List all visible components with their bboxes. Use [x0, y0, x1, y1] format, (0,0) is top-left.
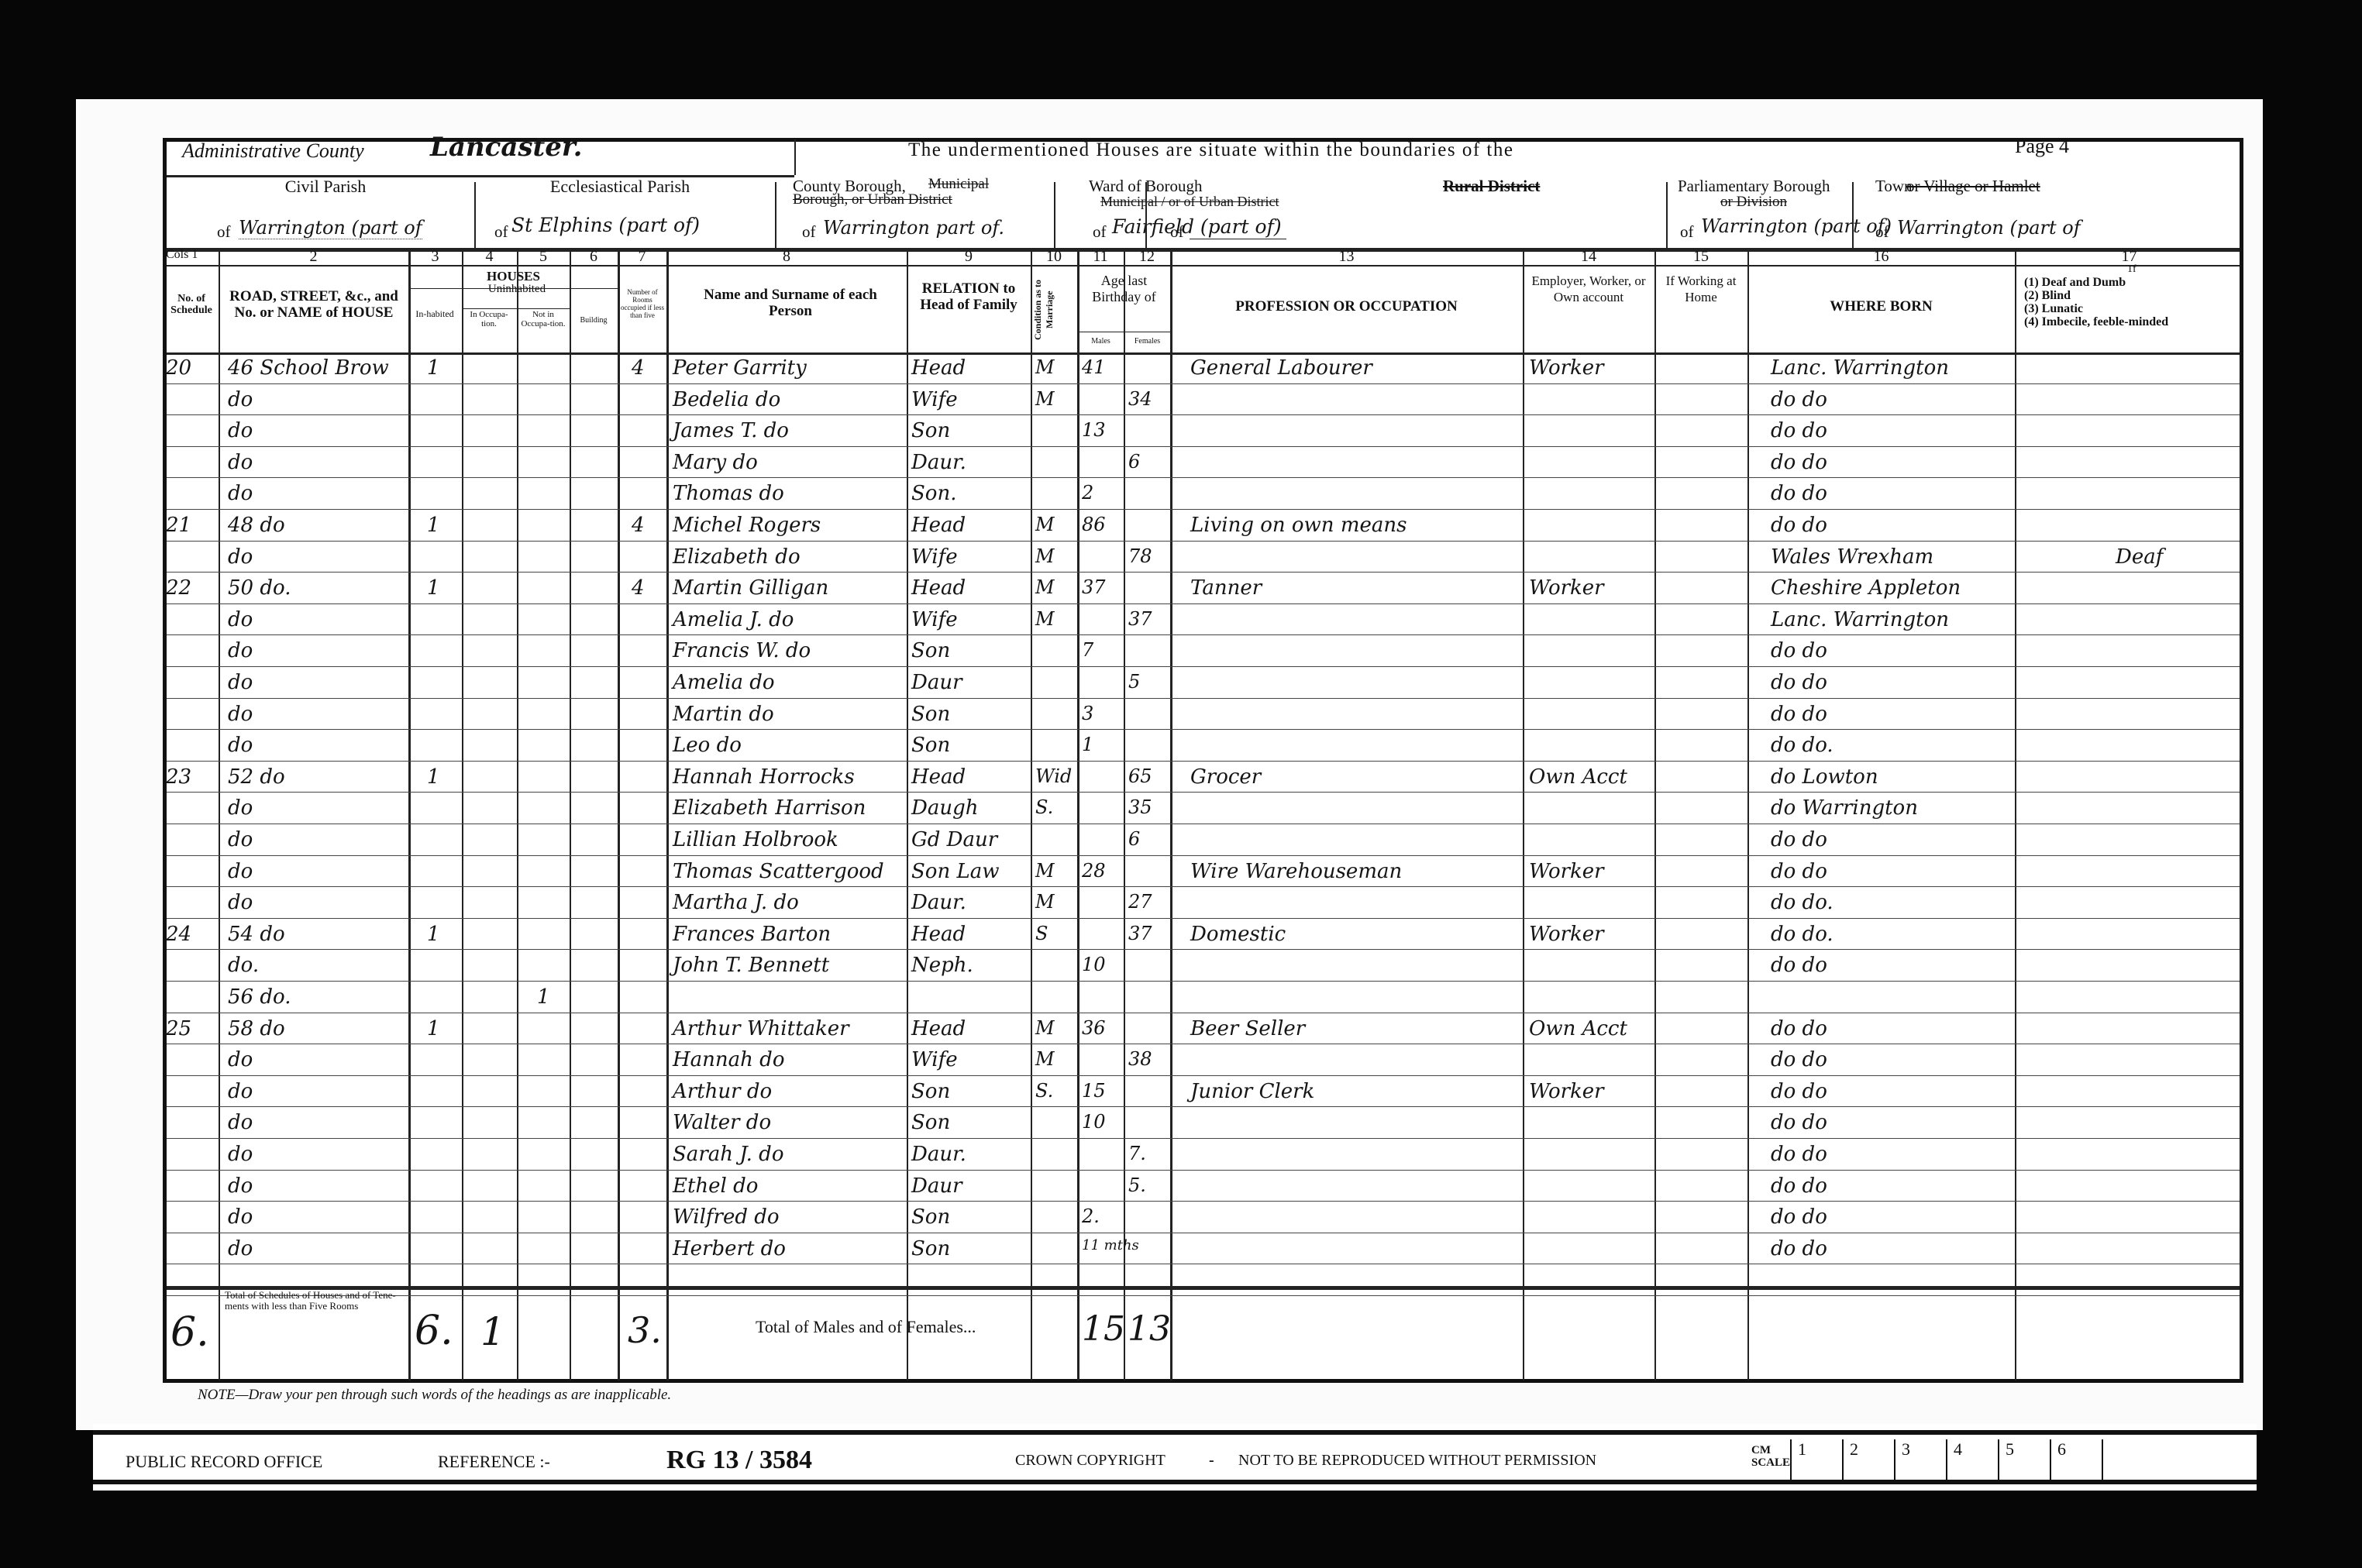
road-cell: do [228, 1048, 253, 1071]
occupation-cell: Junior Clerk [1190, 1080, 1314, 1103]
header-building: Building [571, 315, 616, 326]
employer-cell: Worker [1529, 356, 1604, 380]
road-cell: do [228, 1174, 253, 1198]
inhabited-cell: 1 [427, 923, 440, 946]
road-cell: do [228, 860, 253, 883]
where-born-cell: Cheshire Appleton [1771, 576, 1961, 600]
relation-cell: Wife [911, 608, 958, 631]
rooms-cell: 4 [632, 514, 645, 537]
males-age-cell: 7 [1082, 639, 1093, 661]
where-born-cell: do Warrington [1771, 796, 1918, 820]
divider [167, 1286, 2240, 1290]
parliamentary-struck: or Division [1720, 194, 1787, 211]
name-cell: Hannah do [673, 1048, 784, 1071]
row-line [167, 761, 2240, 762]
relation-cell: Head [911, 514, 966, 537]
relation-cell: Son [911, 1237, 950, 1260]
scale-end [2102, 1439, 2110, 1481]
where-born-cell: do do [1771, 671, 1827, 694]
condition-cell: M [1035, 891, 1055, 913]
column-divider [1523, 248, 1524, 1381]
row-line [167, 855, 2240, 856]
males-age-cell: 10 [1082, 954, 1106, 975]
row-line [167, 729, 2240, 730]
occupation-cell: Grocer [1190, 765, 1261, 789]
column-number-15: 15 [1654, 248, 1747, 266]
row-line [167, 1075, 2240, 1076]
row-line [167, 1264, 2240, 1264]
name-cell: Amelia J. do [673, 608, 794, 631]
name-cell: Thomas Scattergood [673, 860, 884, 883]
relation-cell: Son [911, 734, 950, 757]
rural-district-blank [1190, 239, 1286, 239]
column-divider [219, 248, 220, 1381]
header-infirmity-num: 1f [2127, 263, 2136, 275]
civil-parish-value: Warrington (part of [239, 217, 422, 239]
schedule-cell: 20 [166, 356, 191, 380]
row-line [167, 886, 2240, 887]
condition-cell: M [1035, 514, 1055, 535]
relation-cell: Daur. [911, 1143, 966, 1166]
males-age-cell: 15 [1082, 1080, 1106, 1102]
road-cell: do [228, 1111, 253, 1134]
header-not-in-occupation: Not in Occupa-tion. [518, 310, 569, 328]
relation-cell: Son [911, 419, 950, 442]
note: NOTE—Draw your pen through such words of… [198, 1387, 671, 1404]
total-uninhabited: 1 [480, 1309, 505, 1354]
where-born-cell: do do [1771, 514, 1827, 537]
rural-district-of: of [1170, 222, 1184, 242]
infirmity-imbecile: (4) Imbecile, feeble-minded [2024, 315, 2168, 328]
name-cell: Peter Garrity [673, 356, 807, 380]
where-born-cell: do do [1771, 1048, 1827, 1071]
inhabited-cell: 1 [427, 1017, 440, 1040]
road-cell: do [228, 451, 253, 474]
name-cell: Walter do [673, 1111, 771, 1134]
schedule-cell: 23 [166, 765, 191, 789]
where-born-cell: do do [1771, 703, 1827, 726]
total-rooms: 3. [628, 1309, 662, 1351]
condition-cell: S. [1035, 796, 1053, 818]
relation-cell: Daur [911, 1174, 962, 1198]
road-cell: do [228, 1205, 253, 1229]
road-cell: do [228, 703, 253, 726]
females-age-cell: 65 [1128, 765, 1152, 787]
header-in-occupation: In Occupa-tion. [463, 310, 515, 328]
column-number-6: 6 [570, 248, 618, 266]
column-number-3: 3 [408, 248, 462, 266]
divider [408, 288, 618, 289]
relation-cell: Wife [911, 1048, 958, 1071]
divider [474, 182, 476, 248]
where-born-cell: do do [1771, 482, 1827, 505]
road-cell: do [228, 1080, 253, 1103]
row-line [167, 792, 2240, 793]
males-age-cell: 10 [1082, 1111, 1106, 1133]
column-number-14: 14 [1523, 248, 1654, 266]
road-cell: do [228, 734, 253, 757]
where-born-cell: do do [1771, 1237, 1827, 1260]
schedule-cell: 24 [166, 923, 191, 946]
name-cell: Thomas do [673, 482, 784, 505]
ecclesiastical-parish-value: St Elphins (part of) [511, 214, 700, 236]
column-divider [618, 248, 620, 1381]
occupation-cell: General Labourer [1190, 356, 1372, 380]
reference-label: REFERENCE :- [438, 1452, 550, 1472]
row-line [167, 666, 2240, 667]
road-cell: 58 do [228, 1017, 285, 1040]
divider [1054, 182, 1055, 248]
inhabited-cell: 1 [427, 576, 440, 600]
road-cell: 54 do [228, 923, 285, 946]
column-number-9: 9 [907, 248, 1031, 266]
road-cell: do [228, 796, 253, 820]
where-born-cell: do do [1771, 1174, 1827, 1198]
separator: - [1209, 1452, 1214, 1470]
road-cell: do [228, 482, 253, 505]
divider [167, 352, 2240, 355]
column-divider [1077, 248, 1079, 1381]
males-age-cell: 37 [1082, 576, 1106, 598]
infirmity-cell: Deaf [2116, 545, 2163, 569]
name-cell: Amelia do [673, 671, 775, 694]
females-age-cell: 6 [1128, 828, 1140, 850]
relation-cell: Daur. [911, 891, 966, 914]
relation-cell: Son [911, 703, 950, 726]
name-cell: Mary do [673, 451, 758, 474]
where-born-cell: do do [1771, 860, 1827, 883]
column-number-5: 5 [517, 248, 570, 266]
copyright-label: CROWN COPYRIGHT [1015, 1452, 1166, 1470]
admin-county-value: Lancaster. [430, 132, 583, 163]
males-age-cell: 13 [1082, 419, 1106, 441]
record-office-footer: PUBLIC RECORD OFFICE REFERENCE :- RG 13 … [93, 1424, 2257, 1491]
name-cell: Lillian Holbrook [673, 828, 838, 851]
road-cell: 50 do. [228, 576, 291, 600]
divider [93, 1430, 2257, 1435]
road-cell: do [228, 828, 253, 851]
row-line [167, 1170, 2240, 1171]
relation-cell: Wife [911, 388, 958, 411]
name-cell: Hannah Horrocks [673, 765, 855, 789]
schedule-cell: 21 [166, 514, 191, 537]
column-number-8: 8 [666, 248, 907, 266]
row-line [167, 1233, 2240, 1233]
column-divider [1031, 248, 1032, 1381]
town-struck: or Village or Hamlet [1906, 177, 2040, 196]
rural-district-label: Rural District [1443, 177, 1540, 196]
ward-of: of [1093, 222, 1107, 242]
employer-cell: Worker [1529, 860, 1604, 883]
condition-cell: M [1035, 388, 1055, 410]
scale-mark-3: 3 [1894, 1439, 1947, 1481]
name-cell: Herbert do [673, 1237, 786, 1260]
where-born-cell: do do [1771, 1017, 1827, 1040]
males-age-cell: 86 [1082, 514, 1106, 535]
header-inhabited: In-habited [411, 308, 459, 320]
total-males-females-label: Total of Males and of Females... [756, 1317, 976, 1337]
row-line [167, 1106, 2240, 1107]
column-number-1: Cols 1 [163, 248, 222, 262]
where-born-cell: do do [1771, 451, 1827, 474]
scale-mark-6: 6 [2050, 1439, 2102, 1481]
divider [1145, 182, 1147, 248]
total-females: 13 [1128, 1309, 1171, 1349]
males-age-cell: 3 [1082, 703, 1093, 724]
employer-cell: Own Acct [1529, 1017, 1627, 1040]
name-cell: Arthur do [673, 1080, 772, 1103]
column-divider [1124, 248, 1125, 1381]
condition-cell: M [1035, 356, 1055, 378]
road-cell: do [228, 639, 253, 662]
header-houses: HOUSES [411, 268, 616, 284]
occupation-cell: Domestic [1190, 923, 1286, 946]
where-born-cell: do Lowton [1771, 765, 1878, 789]
header-schedule: No. of Schedule [165, 293, 218, 316]
header-condition: Condition as to Marriage [1032, 279, 1076, 341]
relation-cell: Head [911, 356, 966, 380]
row-line [167, 698, 2240, 699]
column-divider [1747, 248, 1749, 1381]
permission-label: NOT TO BE REPRODUCED WITHOUT PERMISSION [1238, 1452, 1596, 1470]
name-cell: Martha J. do [673, 891, 799, 914]
condition-cell: Wid [1035, 765, 1072, 787]
row-line [167, 603, 2240, 604]
divider [167, 265, 2240, 266]
divider [1852, 182, 1854, 248]
row-line [167, 383, 2240, 384]
column-divider [2015, 248, 2016, 1381]
males-age-cell: 28 [1082, 860, 1106, 882]
where-born-cell: do do [1771, 1111, 1827, 1134]
column-divider [1170, 248, 1172, 1381]
column-divider [570, 248, 571, 1381]
name-cell: Francis W. do [673, 639, 811, 662]
name-cell: Frances Barton [673, 923, 831, 946]
where-born-cell: do do [1771, 419, 1827, 442]
where-born-cell: do do [1771, 1205, 1827, 1229]
infirmity-deaf: (1) Deaf and Dumb [2024, 276, 2168, 289]
occupation-cell: Beer Seller [1190, 1017, 1305, 1040]
males-age-cell: 2. [1082, 1205, 1100, 1227]
females-age-cell: 27 [1128, 891, 1152, 913]
relation-cell: Son. [911, 482, 956, 505]
reference-value: RG 13 / 3584 [666, 1446, 812, 1475]
males-age-cell: 1 [1082, 734, 1093, 755]
males-age-cell: 11 mths [1082, 1237, 1139, 1253]
where-born-cell: do do [1771, 639, 1827, 662]
column-number-4: 4 [462, 248, 517, 266]
condition-cell: M [1035, 1017, 1055, 1039]
column-number-2: 2 [219, 248, 408, 266]
divider [1666, 182, 1668, 248]
employer-cell: Worker [1529, 923, 1604, 946]
name-cell: Michel Rogers [673, 514, 821, 537]
row-line [167, 918, 2240, 919]
name-cell: Martin Gilligan [673, 576, 828, 600]
males-age-cell: 41 [1082, 356, 1106, 378]
row-line [167, 572, 2240, 573]
females-age-cell: 35 [1128, 796, 1152, 818]
females-age-cell: 6 [1128, 451, 1140, 473]
column-number-10: 10 [1031, 248, 1077, 266]
header-road: ROAD, STREET, &c., and No. or NAME of HO… [223, 288, 405, 321]
relation-cell: Son [911, 639, 950, 662]
name-cell: Bedelia do [673, 388, 780, 411]
admin-county-label: Administrative County [182, 139, 364, 163]
scale-mark-4: 4 [1946, 1439, 1999, 1481]
relation-cell: Son [911, 1111, 950, 1134]
row-line [167, 1295, 2240, 1296]
header-rooms: Number of Rooms occupied if less than fi… [620, 288, 665, 319]
row-line [167, 981, 2240, 982]
name-cell: James T. do [673, 419, 789, 442]
condition-cell: S. [1035, 1080, 1053, 1102]
relation-cell: Gd Daur [911, 828, 997, 851]
row-line [167, 634, 2240, 635]
employer-cell: Worker [1529, 576, 1604, 600]
road-cell: do [228, 891, 253, 914]
ward-value: Fairfield (part of) [1112, 215, 1282, 238]
employer-cell: Own Acct [1529, 765, 1627, 789]
name-cell: Wilfred do [673, 1205, 780, 1229]
road-cell: do [228, 671, 253, 694]
road-cell: do [228, 419, 253, 442]
total-males: 15 [1082, 1309, 1125, 1349]
divider [775, 182, 776, 248]
name-cell: Arthur Whittaker [673, 1017, 849, 1040]
relation-cell: Daugh [911, 796, 978, 820]
scale-label: CM SCALE [1751, 1444, 1782, 1469]
row-line [167, 477, 2240, 478]
row-line [167, 1138, 2240, 1139]
scale-mark-2: 2 [1842, 1439, 1895, 1481]
page-label: Page 4 [2015, 135, 2069, 158]
females-age-cell: 38 [1128, 1048, 1152, 1070]
relation-cell: Head [911, 765, 966, 789]
inhabited-cell: 1 [427, 514, 440, 537]
relation-cell: Daur. [911, 451, 966, 474]
where-born-cell: do do. [1771, 891, 1833, 914]
females-age-cell: 37 [1128, 923, 1152, 944]
where-born-cell: do do [1771, 1143, 1827, 1166]
column-number-7: 7 [618, 248, 666, 266]
occupation-cell: Wire Warehouseman [1190, 860, 1402, 883]
schedule-cell: 22 [166, 576, 191, 600]
infirmity-blind: (2) Blind [2024, 289, 2168, 302]
town-value: Warrington (part of [1897, 217, 2081, 239]
males-age-cell: 36 [1082, 1017, 1106, 1039]
town-of: of [1875, 222, 1889, 242]
column-divider [1654, 248, 1656, 1381]
divider [462, 308, 570, 309]
header-infirmity-list: (1) Deaf and Dumb (2) Blind (3) Lunatic … [2024, 276, 2168, 328]
row-line [167, 1044, 2240, 1044]
road-cell: 52 do [228, 765, 285, 789]
relation-cell: Son [911, 1205, 950, 1229]
ecclesiastical-parish-of: of [494, 222, 508, 242]
where-born-cell: do do [1771, 388, 1827, 411]
row-line [167, 1201, 2240, 1202]
header-occupation: PROFESSION OR OCCUPATION [1174, 298, 1519, 315]
row-line [167, 414, 2240, 415]
column-number-16: 16 [1747, 248, 2015, 266]
name-cell: Leo do [673, 734, 742, 757]
where-born-cell: Lanc. Warrington [1771, 608, 1949, 631]
females-age-cell: 37 [1128, 608, 1152, 630]
condition-cell: M [1035, 545, 1055, 567]
females-age-cell: 7. [1128, 1143, 1146, 1164]
scale-mark-5: 5 [1998, 1439, 2050, 1481]
females-age-cell: 78 [1128, 545, 1152, 567]
column-number-12: 12 [1124, 248, 1170, 266]
parliamentary-of: of [1680, 222, 1694, 242]
header-males: Males [1079, 335, 1122, 347]
name-cell: John T. Bennett [673, 954, 829, 977]
condition-cell: S [1035, 923, 1048, 944]
total-inhabited: 6. [415, 1308, 453, 1354]
where-born-cell: Wales Wrexham [1771, 545, 1933, 569]
column-number-11: 11 [1077, 248, 1124, 266]
county-borough-value: Warrington part of. [823, 217, 1004, 239]
name-cell: Elizabeth Harrison [673, 796, 866, 820]
column-divider [462, 248, 463, 1381]
header-name: Name and Surname of each Person [682, 287, 899, 319]
where-born-cell: do do [1771, 954, 1827, 977]
header-at-home: If Working at Home [1658, 273, 1744, 305]
civil-parish-label: Civil Parish [232, 177, 418, 197]
name-cell: Sarah J. do [673, 1143, 783, 1166]
relation-cell: Head [911, 1017, 966, 1040]
column-divider [666, 248, 669, 1381]
road-cell: 46 School Brow [228, 356, 389, 380]
road-cell: do [228, 1143, 253, 1166]
row-line [167, 1013, 2240, 1013]
total-schedules: 6. [170, 1309, 209, 1356]
relation-cell: Wife [911, 545, 958, 569]
where-born-cell: do do [1771, 828, 1827, 851]
condition-cell: M [1035, 860, 1055, 882]
rooms-cell: 4 [632, 576, 645, 600]
row-line [167, 541, 2240, 542]
header-relation: RELATION to Head of Family [911, 280, 1027, 313]
road-cell: do. [228, 954, 259, 977]
total-schedules-label: Total of Schedules of Houses and of Tene… [225, 1290, 403, 1312]
header-females: Females [1126, 335, 1169, 347]
relation-cell: Daur [911, 671, 962, 694]
condition-cell: M [1035, 576, 1055, 598]
ward-struck: Municipal / or of Urban District [1100, 194, 1279, 210]
schedule-cell: 25 [166, 1017, 191, 1040]
row-line [167, 949, 2240, 950]
county-borough-struck: Municipal Borough, or Urban District [793, 177, 1041, 208]
road-cell: do [228, 1237, 253, 1260]
females-age-cell: 5 [1128, 671, 1140, 693]
divider [1077, 332, 1170, 332]
where-born-cell: do do [1771, 1080, 1827, 1103]
column-divider [907, 248, 908, 1381]
header-where-born: WHERE BORN [1751, 298, 2011, 315]
inhabited-cell: 1 [427, 356, 440, 380]
row-line [167, 824, 2240, 824]
road-cell: do [228, 608, 253, 631]
condition-cell: M [1035, 608, 1055, 630]
scale-mark-1: 1 [1790, 1439, 1843, 1481]
where-born-cell: do do. [1771, 923, 1833, 946]
condition-cell: M [1035, 1048, 1055, 1070]
column-divider [408, 248, 411, 1381]
occupation-cell: Tanner [1190, 576, 1262, 600]
